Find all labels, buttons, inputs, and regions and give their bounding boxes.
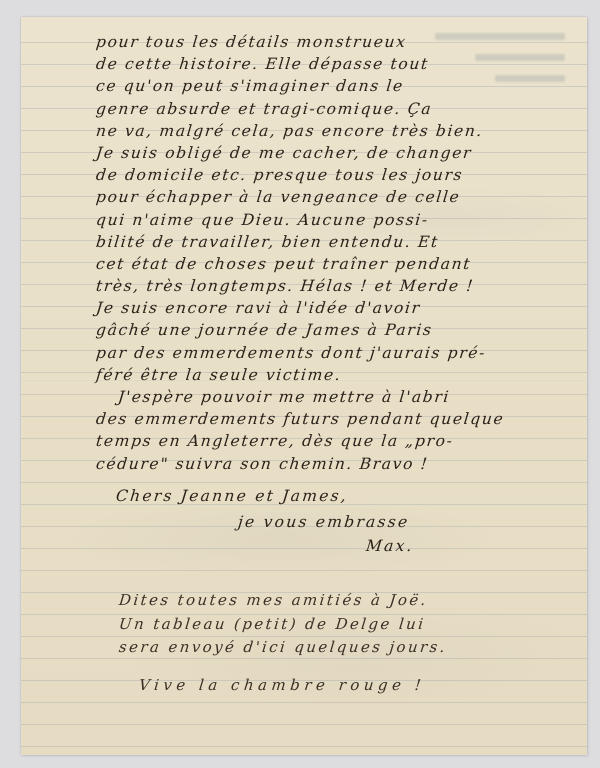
letter-line: bilité de travailler, bien entendu. Et xyxy=(95,231,577,253)
signature: Max. xyxy=(115,535,557,557)
embrace-line: je vous embrasse xyxy=(115,511,557,533)
letter-line: J'espère pouvoir me mettre à l'abri xyxy=(95,386,577,408)
letter-line: par des emmerdements dont j'aurais pré- xyxy=(95,342,577,364)
letter-line: cet état de choses peut traîner pendant xyxy=(95,253,577,275)
letter-line: ne va, malgré cela, pas encore très bien… xyxy=(95,120,577,142)
letter-line: des emmerdements futurs pendant quelque xyxy=(95,408,577,430)
letter-body: pour tous les détails monstrueux de cett… xyxy=(96,31,576,475)
letter-line: pour échapper à la vengeance de celle xyxy=(95,186,577,208)
letter-line: pour tous les détails monstrueux xyxy=(95,31,577,53)
letter-line: très, très longtemps. Hélas ! et Merde ! xyxy=(95,275,577,297)
letter-line: qui n'aime que Dieu. Aucune possi- xyxy=(95,209,577,231)
letter-line: genre absurde et tragi-comique. Ça xyxy=(95,98,577,120)
postscript: Dites toutes mes amitiés à Joë. Un table… xyxy=(119,589,569,697)
postscript-line: Dites toutes mes amitiés à Joë. xyxy=(118,589,570,613)
final-exclamation: Vive la chambre rouge ! xyxy=(118,674,570,698)
letter-line: féré être la seule victime. xyxy=(95,364,577,386)
greeting: Chers Jeanne et James, xyxy=(115,485,557,507)
letter-sheet: pour tous les détails monstrueux de cett… xyxy=(21,17,587,755)
letter-line: de cette histoire. Elle dépasse tout xyxy=(95,53,577,75)
letter-line: temps en Angleterre, dès que la „pro- xyxy=(95,430,577,452)
letter-line: Je suis encore ravi à l'idée d'avoir xyxy=(95,297,577,319)
letter-line: de domicile etc. presque tous les jours xyxy=(95,164,577,186)
letter-line: Je suis obligé de me cacher, de changer xyxy=(95,142,577,164)
letter-line: cédure" suivra son chemin. Bravo ! xyxy=(95,453,577,475)
letter-closing: Chers Jeanne et James, je vous embrasse … xyxy=(116,485,556,558)
letter-line: ce qu'on peut s'imaginer dans le xyxy=(95,75,577,97)
postscript-line: sera envoyé d'ici quelques jours. xyxy=(118,636,570,660)
postscript-line: Un tableau (petit) de Delge lui xyxy=(118,613,570,637)
letter-line: gâché une journée de James à Paris xyxy=(95,319,577,341)
